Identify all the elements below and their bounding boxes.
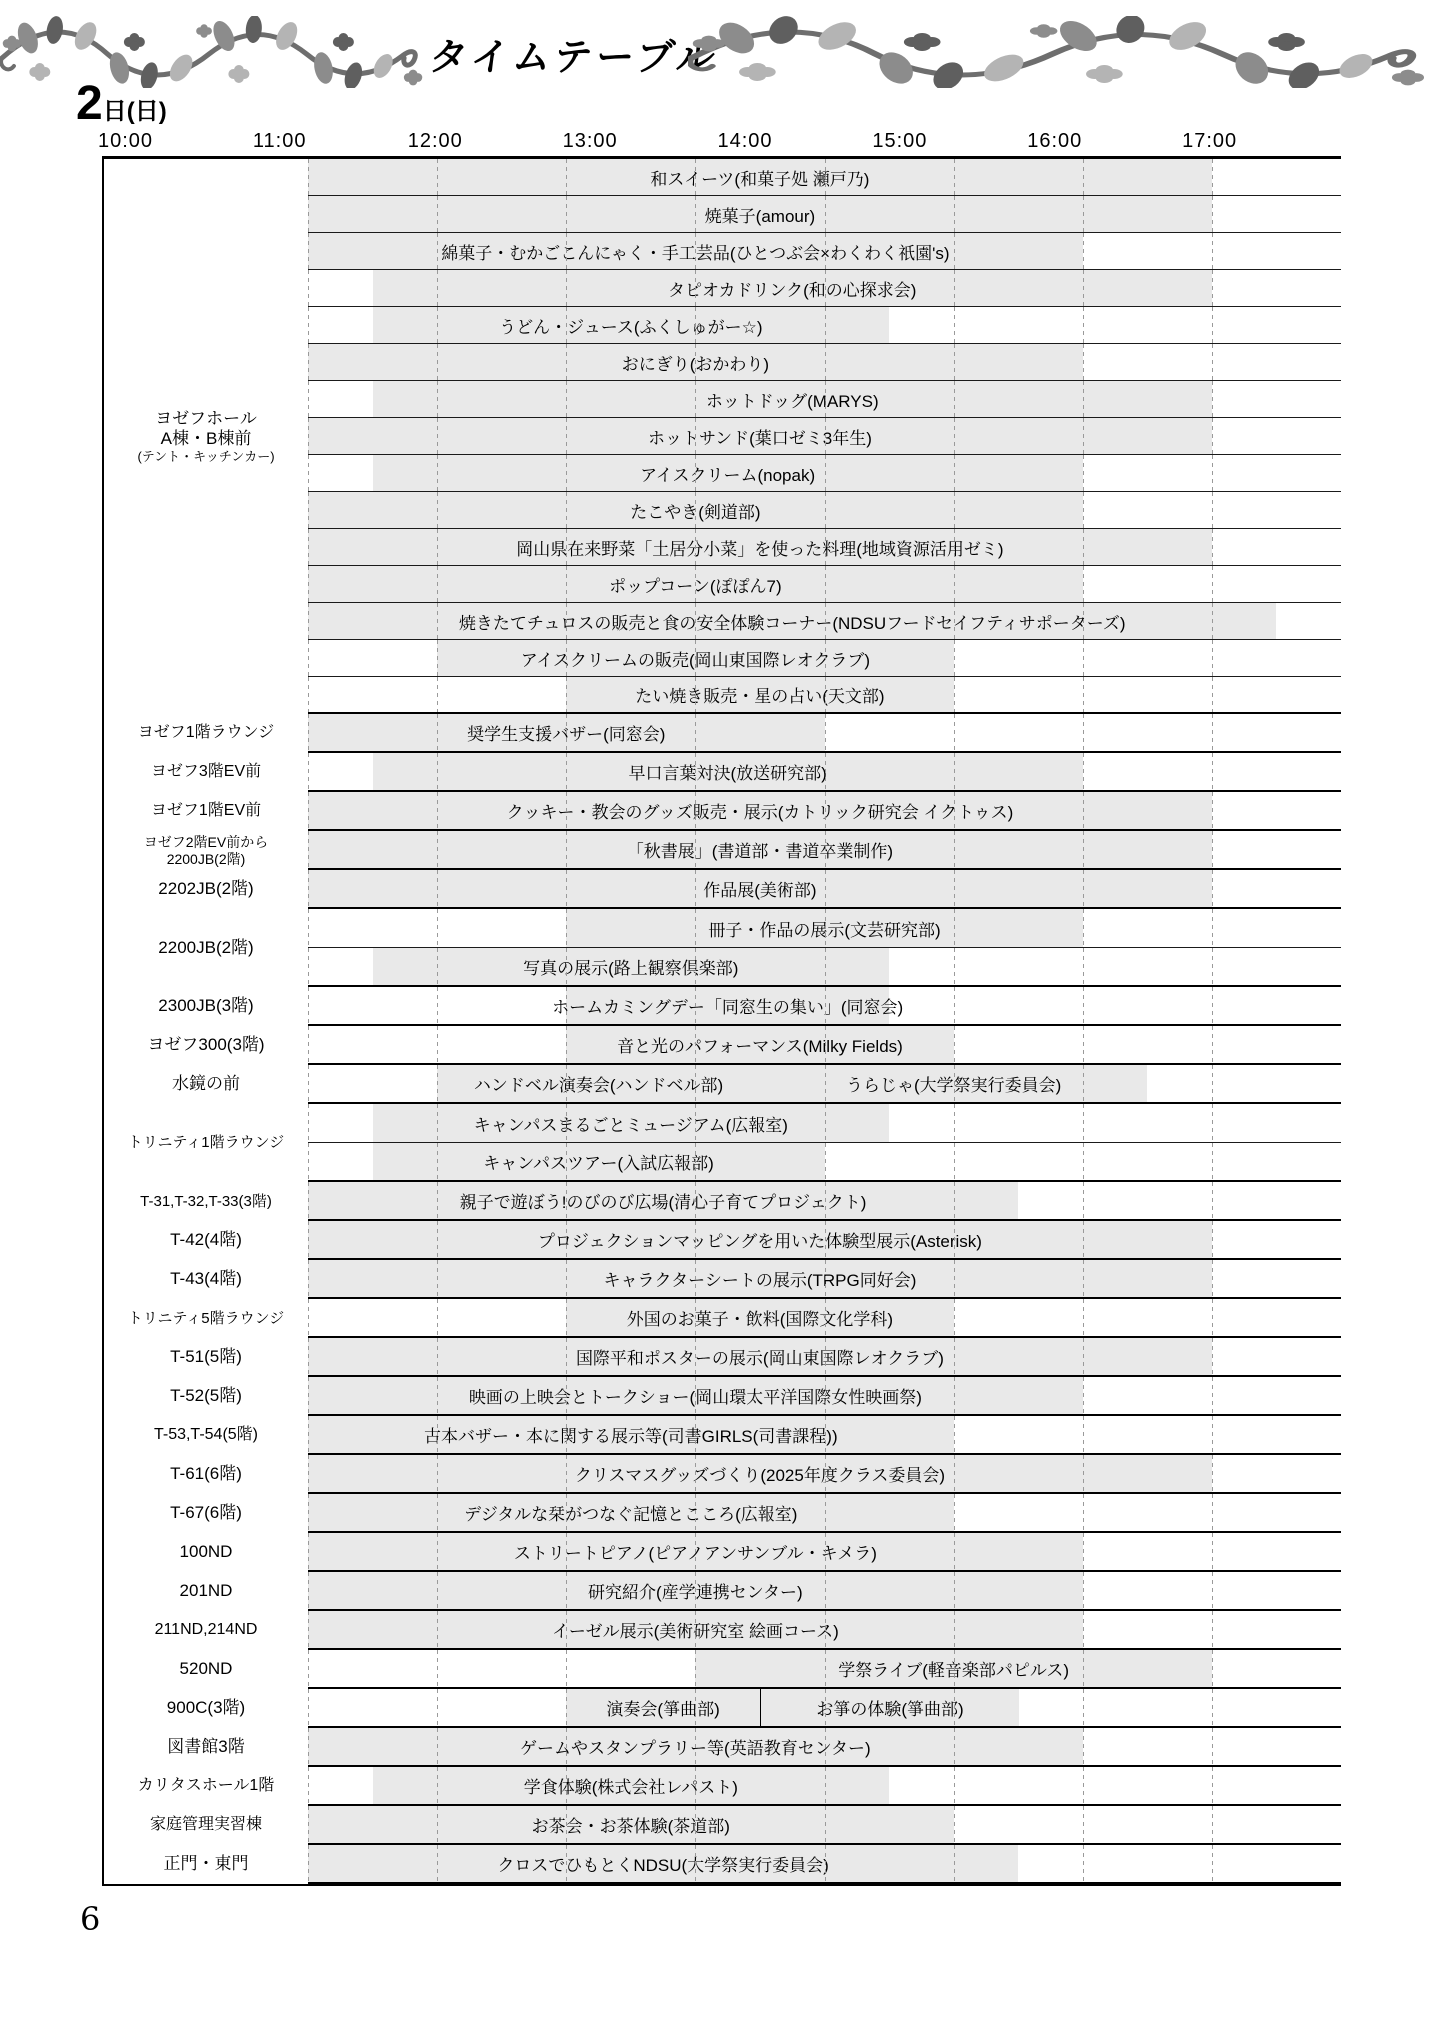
hour-gridline	[437, 159, 438, 195]
hour-gridline	[954, 792, 955, 829]
hour-gridline	[954, 714, 955, 751]
hour-gridline	[437, 381, 438, 417]
hour-gridline	[1083, 987, 1084, 1024]
hour-gridline	[437, 1845, 438, 1882]
timetable-row: キャンパスまるごとミュージアム(広報室)	[308, 1104, 1341, 1143]
venue-group: T-31,T-32,T-33(3階)親子で遊ぼう!のびのび広場(清心子育てプロジ…	[104, 1182, 1341, 1221]
hour-gridline	[308, 1416, 309, 1453]
venue-label-line: 図書館3階	[167, 1737, 244, 1757]
event-bar: プロジェクションマッピングを用いた体験型展示(Asterisk)	[308, 1221, 1212, 1258]
venue-group: 100NDストリートピアノ(ピアノアンサンブル・キメラ)	[104, 1533, 1341, 1572]
venue-label: T-67(6階)	[104, 1494, 308, 1533]
timetable-row: クロスでひもとくNDSU(大学祭実行委員会)	[308, 1845, 1341, 1884]
hour-gridline	[825, 233, 826, 269]
hour-gridline	[1212, 1260, 1213, 1297]
event-bar: 親子で遊ぼう!のびのび広場(清心子育てプロジェクト)	[308, 1182, 1018, 1219]
venue-group: トリニティ1階ラウンジキャンパスまるごとミュージアム(広報室)キャンパスツアー(…	[104, 1104, 1341, 1182]
venue-label-line: 201ND	[180, 1581, 233, 1601]
hour-gridline	[1083, 196, 1084, 232]
hour-gridline	[1212, 1728, 1213, 1765]
hour-gridline	[1083, 270, 1084, 306]
hour-gridline	[825, 529, 826, 565]
hour-gridline	[1212, 1377, 1213, 1414]
hour-gridline	[566, 344, 567, 380]
venue-label: 2200JB(2階)	[104, 909, 308, 987]
hour-gridline	[437, 344, 438, 380]
hour-gridline	[308, 1611, 309, 1648]
hour-gridline	[1083, 1416, 1084, 1453]
venue-label-line: T-61(6階)	[170, 1464, 242, 1484]
event-label: 焼菓子(amour)	[705, 202, 816, 227]
hour-gridline	[825, 344, 826, 380]
venue-label-line: 2300JB(3階)	[158, 996, 253, 1016]
festival-timetable-page: { "page": { "title": "タイムテーブル", "day_num…	[0, 0, 1434, 2024]
event-label: お箏の体験(箏曲部)	[816, 1695, 963, 1720]
hour-gridline	[437, 714, 438, 751]
venue-label-line: 520ND	[180, 1659, 233, 1679]
hour-gridline	[437, 677, 438, 712]
timetable-row: 焼きたてチュロスの販売と食の安全体験コーナー(NDSUフードセイフティサポーター…	[308, 603, 1341, 640]
hour-gridline	[1083, 1182, 1084, 1219]
venue-group: 正門・東門クロスでひもとくNDSU(大学祭実行委員会)	[104, 1845, 1341, 1884]
hour-gridline	[566, 677, 567, 712]
hour-gridline	[695, 677, 696, 712]
hour-gridline	[566, 1143, 567, 1180]
hour-gridline	[566, 1338, 567, 1375]
timetable-row: うどん・ジュース(ふくしゅがー☆)	[308, 307, 1341, 344]
hour-gridline	[954, 307, 955, 343]
hour-gridline	[1083, 948, 1084, 985]
venue-label: 900C(3階)	[104, 1689, 308, 1728]
venue-label-line: トリニティ1階ラウンジ	[128, 1134, 284, 1152]
hour-gridline	[1212, 1806, 1213, 1843]
hour-gridline	[1212, 987, 1213, 1024]
hour-gridline	[954, 1182, 955, 1219]
hour-gridline	[695, 1455, 696, 1492]
hour-gridline	[437, 566, 438, 602]
hour-gridline	[954, 1065, 955, 1102]
venue-label: 図書館3階	[104, 1728, 308, 1767]
hour-gridline	[1212, 792, 1213, 829]
timetable-row: ホームカミングデー「同窓生の集い」(同窓会)	[308, 987, 1341, 1026]
hour-gridline	[825, 792, 826, 829]
hour-gridline	[825, 1143, 826, 1180]
timetable-row: イーゼル展示(美術研究室 絵画コース)	[308, 1611, 1341, 1650]
hour-gridline	[825, 1104, 826, 1142]
hour-gridline	[437, 987, 438, 1024]
hour-gridline	[825, 677, 826, 712]
hour-gridline	[1212, 307, 1213, 343]
hour-gridline	[566, 603, 567, 639]
hour-gridline	[308, 677, 309, 712]
timetable-row: 国際平和ポスターの展示(岡山東国際レオクラブ)	[308, 1338, 1341, 1377]
hour-gridline	[954, 909, 955, 947]
venue-label: 2300JB(3階)	[104, 987, 308, 1026]
venue-label: T-61(6階)	[104, 1455, 308, 1494]
hour-gridline	[1083, 418, 1084, 454]
hour-gridline	[695, 1338, 696, 1375]
hour-gridline	[825, 603, 826, 639]
hour-gridline	[954, 1845, 955, 1882]
hour-gridline	[825, 1455, 826, 1492]
timetable-row: キャンパスツアー(入試広報部)	[308, 1143, 1341, 1182]
timetable-row: アイスクリーム(nopak)	[308, 455, 1341, 492]
hour-gridline	[695, 987, 696, 1024]
hour-gridline	[954, 1494, 955, 1531]
event-bar: 焼菓子(amour)	[308, 196, 1212, 232]
hour-gridline	[308, 753, 309, 790]
venue-label: T-31,T-32,T-33(3階)	[104, 1182, 308, 1221]
venue-label: T-53,T-54(5階)	[104, 1416, 308, 1455]
event-label: キャンパスまるごとミュージアム(広報室)	[474, 1111, 788, 1136]
hour-gridline	[695, 714, 696, 751]
hour-gridline	[437, 455, 438, 491]
hour-gridline	[954, 1416, 955, 1453]
venue-label-line: T-53,T-54(5階)	[154, 1426, 258, 1445]
hour-gridline	[1212, 381, 1213, 417]
hour-gridline	[825, 1338, 826, 1375]
venue-label: ヨゼフ1階ラウンジ	[104, 714, 308, 753]
hour-gridline	[308, 418, 309, 454]
event-label: ホームカミングデー「同窓生の集い」(同窓会)	[552, 993, 903, 1018]
hour-gridline	[566, 307, 567, 343]
hour-gridline	[825, 418, 826, 454]
hour-gridline	[308, 159, 309, 195]
hour-gridline	[1212, 159, 1213, 195]
hour-gridline	[566, 1221, 567, 1258]
hour-gridline	[1212, 1299, 1213, 1336]
hour-gridline	[1083, 1650, 1084, 1687]
hour-label: 16:00	[1027, 130, 1082, 153]
hour-gridline	[308, 1377, 309, 1414]
hour-gridline	[1212, 418, 1213, 454]
hour-gridline	[1083, 1611, 1084, 1648]
event-label: クッキー・教会のグッズ販売・展示(カトリック研究会 イクトゥス)	[507, 798, 1014, 823]
venue-label: ヨゼフ3階EV前	[104, 753, 308, 792]
event-bar: クロスでひもとくNDSU(大学祭実行委員会)	[308, 1845, 1018, 1882]
event-bar: 学食体験(株式会社レパスト)	[373, 1767, 890, 1804]
hour-gridline	[954, 418, 955, 454]
hour-gridline	[437, 1065, 438, 1102]
hour-gridline	[1212, 196, 1213, 232]
hour-gridline	[566, 1650, 567, 1687]
hour-gridline	[308, 529, 309, 565]
hour-gridline	[566, 270, 567, 306]
hour-gridline	[308, 1533, 309, 1570]
hour-gridline	[1212, 714, 1213, 751]
venue-label-line: 211ND,214ND	[155, 1621, 258, 1640]
hour-gridline	[825, 870, 826, 907]
venue-label: 家庭管理実習棟	[104, 1806, 308, 1845]
venue-label: T-51(5階)	[104, 1338, 308, 1377]
event-label: ハンドベル演奏会(ハンドベル部)	[474, 1071, 723, 1096]
hour-gridline	[566, 233, 567, 269]
hour-gridline	[825, 1650, 826, 1687]
hour-gridline	[695, 1689, 696, 1726]
venue-label: 520ND	[104, 1650, 308, 1689]
venue-label-line: トリニティ5階ラウンジ	[128, 1310, 284, 1328]
timetable-row: 学祭ライブ(軽音楽部パピルス)	[308, 1650, 1341, 1689]
hour-gridline	[1083, 566, 1084, 602]
hour-gridline	[437, 1650, 438, 1687]
hour-gridline	[1212, 1026, 1213, 1063]
timetable-row: 写真の展示(路上観察倶楽部)	[308, 948, 1341, 987]
hour-gridline	[1083, 677, 1084, 712]
venue-label: 201ND	[104, 1572, 308, 1611]
hour-label: 12:00	[408, 130, 463, 153]
hour-gridline	[954, 1221, 955, 1258]
event-bar: ホットサンド(葉口ゼミ3年生)	[308, 418, 1212, 454]
hour-gridline	[695, 1416, 696, 1453]
hour-gridline	[695, 233, 696, 269]
timetable-grid: ヨゼフホールA棟・B棟前(テント・キッチンカー)和スイーツ(和菓子処 瀬戸乃)焼…	[102, 156, 1341, 1886]
venue-group: T-51(5階)国際平和ポスターの展示(岡山東国際レオクラブ)	[104, 1338, 1341, 1377]
hour-gridline	[1083, 1377, 1084, 1414]
hour-gridline	[437, 1572, 438, 1609]
hour-gridline	[825, 640, 826, 676]
hour-gridline	[695, 870, 696, 907]
hour-gridline	[1083, 1299, 1084, 1336]
venue-label: トリニティ5階ラウンジ	[104, 1299, 308, 1338]
hour-gridline	[825, 753, 826, 790]
timetable-row: 研究紹介(産学連携センター)	[308, 1572, 1341, 1611]
venue-group: T-61(6階)クリスマスグッズづくり(2025年度クラス委員会)	[104, 1455, 1341, 1494]
hour-gridline	[954, 196, 955, 232]
hour-gridline	[566, 1845, 567, 1882]
event-label: プロジェクションマッピングを用いた体験型展示(Asterisk)	[538, 1227, 982, 1252]
venue-label-line: ヨゼフ300(3階)	[147, 1035, 264, 1055]
hour-gridline	[954, 1143, 955, 1180]
hour-label: 14:00	[718, 130, 773, 153]
hour-gridline	[1212, 566, 1213, 602]
event-bar: クッキー・教会のグッズ販売・展示(カトリック研究会 イクトゥス)	[308, 792, 1212, 829]
hour-gridline	[695, 753, 696, 790]
hour-gridline	[695, 529, 696, 565]
hour-gridline	[566, 1533, 567, 1570]
event-bar: 国際平和ポスターの展示(岡山東国際レオクラブ)	[308, 1338, 1212, 1375]
hour-gridline	[1212, 1572, 1213, 1609]
hour-gridline	[825, 831, 826, 868]
hour-gridline	[566, 381, 567, 417]
hour-gridline	[308, 381, 309, 417]
hour-gridline	[695, 1572, 696, 1609]
venue-label: 2202JB(2階)	[104, 870, 308, 909]
hour-gridline	[695, 1260, 696, 1297]
hour-gridline	[437, 307, 438, 343]
hour-gridline	[308, 603, 309, 639]
event-label: お茶会・お茶体験(茶道部)	[532, 1812, 730, 1837]
hour-gridline	[308, 1806, 309, 1843]
vine-leaf-ornament-left	[0, 16, 428, 88]
venue-group: ヨゼフ300(3階)音と光のパフォーマンス(Milky Fields)	[104, 1026, 1341, 1065]
event-bar: タピオカドリンク(和の心探求会)	[373, 270, 1212, 306]
hour-gridline	[566, 529, 567, 565]
venue-group: カリタスホール1階学食体験(株式会社レパスト)	[104, 1767, 1341, 1806]
hour-gridline	[437, 1221, 438, 1258]
hour-gridline	[437, 270, 438, 306]
hour-gridline	[1212, 1182, 1213, 1219]
hour-gridline	[1083, 1338, 1084, 1375]
hour-gridline	[695, 159, 696, 195]
hour-gridline	[566, 1689, 567, 1726]
venue-label-line: (テント・キッチンカー)	[137, 449, 274, 464]
venue-label: 正門・東門	[104, 1845, 308, 1884]
hour-gridline	[308, 1338, 309, 1375]
hour-gridline	[1212, 1221, 1213, 1258]
event-label: 古本バザー・本に関する展示等(司書GIRLS(司書課程))	[424, 1422, 838, 1447]
hour-gridline	[1083, 1806, 1084, 1843]
hour-gridline	[954, 159, 955, 195]
hour-gridline	[1212, 270, 1213, 306]
hour-gridline	[954, 1104, 955, 1142]
event-label: 親子で遊ぼう!のびのび広場(清心子育てプロジェクト)	[460, 1188, 867, 1213]
venue-group: ヨゼフ2階EV前から2200JB(2階)「秋書展」(書道部・書道卒業制作)	[104, 831, 1341, 870]
timetable-row: デジタルな栞がつなぐ記憶とこころ(広報室)	[308, 1494, 1341, 1533]
hour-gridline	[695, 1728, 696, 1765]
hour-gridline	[825, 159, 826, 195]
hour-gridline	[954, 870, 955, 907]
hour-gridline	[695, 196, 696, 232]
hour-gridline	[437, 196, 438, 232]
venue-label-line: T-52(5階)	[170, 1386, 242, 1406]
hour-gridline	[1212, 677, 1213, 712]
hour-gridline	[308, 1455, 309, 1492]
hour-gridline	[1212, 603, 1213, 639]
hour-gridline	[695, 1845, 696, 1882]
hour-gridline	[954, 753, 955, 790]
timetable-row: 早口言葉対決(放送研究部)	[308, 753, 1341, 792]
hour-gridline	[566, 159, 567, 195]
hour-gridline	[1083, 714, 1084, 751]
hour-gridline	[566, 492, 567, 528]
hour-gridline	[437, 948, 438, 985]
event-bar: アイスクリーム(nopak)	[373, 455, 1083, 491]
event-bar: 演奏会(箏曲部)	[566, 1689, 760, 1726]
hour-gridline	[308, 1767, 309, 1804]
hour-gridline	[437, 1299, 438, 1336]
hour-gridline	[825, 196, 826, 232]
hour-gridline	[308, 1143, 309, 1180]
hour-gridline	[566, 714, 567, 751]
hour-gridline	[954, 1728, 955, 1765]
hour-gridline	[954, 344, 955, 380]
hour-gridline	[1083, 1689, 1084, 1726]
venue-label-line: 正門・東門	[164, 1854, 249, 1874]
hour-gridline	[308, 1065, 309, 1102]
event-bar: たい焼き販売・星の占い(天文部)	[566, 677, 953, 712]
hour-gridline	[566, 909, 567, 947]
hour-gridline	[437, 1182, 438, 1219]
hour-gridline	[954, 831, 955, 868]
hour-gridline	[954, 492, 955, 528]
hour-gridline	[1083, 1845, 1084, 1882]
hour-gridline	[437, 1689, 438, 1726]
venue-label-line: T-31,T-32,T-33(3階)	[140, 1193, 272, 1211]
hour-gridline	[695, 1806, 696, 1843]
hour-gridline	[1212, 492, 1213, 528]
hour-gridline	[437, 1416, 438, 1453]
decorative-header-band: タイムテーブル	[0, 10, 1434, 94]
event-bar: クリスマスグッズづくり(2025年度クラス委員会)	[308, 1455, 1212, 1492]
hour-gridline	[954, 455, 955, 491]
hour-gridline	[825, 1533, 826, 1570]
hour-gridline	[1083, 492, 1084, 528]
hour-gridline	[308, 1845, 309, 1882]
event-bar: うどん・ジュース(ふくしゅがー☆)	[373, 307, 890, 343]
timetable-row: キャラクターシートの展示(TRPG同好会)	[308, 1260, 1341, 1299]
hour-gridline	[437, 1728, 438, 1765]
venue-label-line: T-51(5階)	[170, 1347, 242, 1367]
hour-gridline	[1083, 909, 1084, 947]
hour-gridline	[825, 1728, 826, 1765]
hour-gridline	[954, 1611, 955, 1648]
timetable-row: アイスクリームの販売(岡山東国際レオクラブ)	[308, 640, 1341, 677]
hour-gridline	[1083, 159, 1084, 195]
hour-gridline	[1212, 1416, 1213, 1453]
hour-gridline	[437, 831, 438, 868]
timetable-row: ハンドベル演奏会(ハンドベル部)うらじゃ(大学祭実行委員会)	[308, 1065, 1341, 1104]
hour-gridline	[695, 1650, 696, 1687]
timetable-row: ゲームやスタンプラリー等(英語教育センター)	[308, 1728, 1341, 1767]
venue-label: 211ND,214ND	[104, 1611, 308, 1650]
hour-gridline	[437, 1455, 438, 1492]
hour-gridline	[1212, 233, 1213, 269]
event-label: クリスマスグッズづくり(2025年度クラス委員会)	[575, 1461, 945, 1486]
hour-gridline	[1212, 344, 1213, 380]
hour-gridline	[1212, 1455, 1213, 1492]
hour-gridline	[566, 196, 567, 232]
venue-label-line: 水鏡の前	[172, 1074, 240, 1094]
hour-gridline	[1212, 909, 1213, 947]
hour-gridline	[437, 640, 438, 676]
event-bar: 早口言葉対決(放送研究部)	[373, 753, 1083, 790]
event-label: 学食体験(株式会社レパスト)	[524, 1773, 738, 1798]
hour-gridline	[825, 1611, 826, 1648]
venue-group: T-42(4階)プロジェクションマッピングを用いた体験型展示(Asterisk)	[104, 1221, 1341, 1260]
timetable-row: おにぎり(おかわり)	[308, 344, 1341, 381]
hour-gridline	[1212, 1845, 1213, 1882]
hour-gridline	[308, 948, 309, 985]
hour-gridline	[566, 987, 567, 1024]
hour-gridline	[566, 1182, 567, 1219]
hour-gridline	[1212, 870, 1213, 907]
venue-group: 図書館3階ゲームやスタンプラリー等(英語教育センター)	[104, 1728, 1341, 1767]
event-label: キャンパスツアー(入試広報部)	[483, 1149, 714, 1174]
hour-label: 13:00	[563, 130, 618, 153]
hour-gridline	[566, 792, 567, 829]
hour-gridline	[566, 1611, 567, 1648]
hour-gridline	[308, 640, 309, 676]
hour-gridline	[308, 714, 309, 751]
venue-label-line: T-43(4階)	[170, 1269, 242, 1289]
timetable-row: 冊子・作品の展示(文芸研究部)	[308, 909, 1341, 948]
event-label: 外国のお菓子・飲料(国際文化学科)	[627, 1305, 893, 1330]
hour-gridline	[695, 640, 696, 676]
hour-gridline	[566, 566, 567, 602]
timetable-row: たい焼き販売・星の占い(天文部)	[308, 677, 1341, 714]
day-number: 2	[76, 77, 103, 130]
hour-gridline	[437, 753, 438, 790]
hour-gridline	[566, 1455, 567, 1492]
hour-gridline	[954, 270, 955, 306]
hour-gridline	[825, 492, 826, 528]
hour-gridline	[308, 1182, 309, 1219]
hour-gridline	[954, 640, 955, 676]
hour-gridline	[695, 1026, 696, 1063]
hour-gridline	[825, 1572, 826, 1609]
event-label: うどん・ジュース(ふくしゅがー☆)	[499, 313, 762, 338]
hour-gridline	[695, 1065, 696, 1102]
